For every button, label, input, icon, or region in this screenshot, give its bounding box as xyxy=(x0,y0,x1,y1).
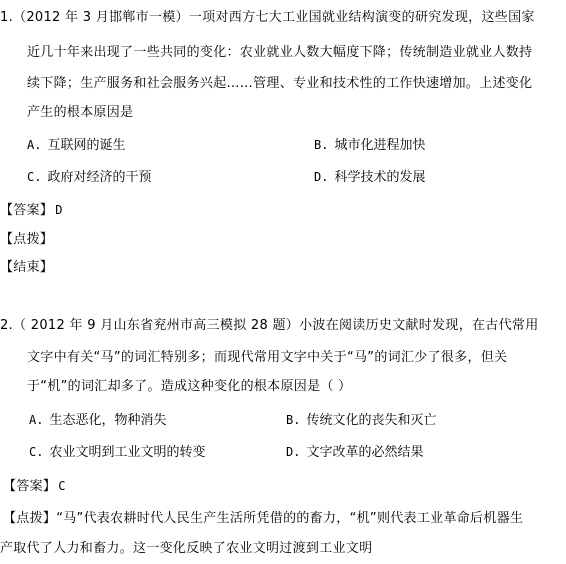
question-1-end-marker: 【结束】 xyxy=(0,260,53,276)
question-2-option-c: C.农业文明到工业文明的转变 xyxy=(29,444,205,460)
question-1-option-d: D.科学技术的发展 xyxy=(314,169,425,185)
question-2-option-d: D.文字改革的必然结果 xyxy=(286,444,423,460)
question-2-stem-line-2: 文字中有关“马”的词汇特别多；而现代常用文字中关于“马”的词汇少了很多，但关 xyxy=(27,350,507,366)
question-1-option-c: C.政府对经济的干预 xyxy=(27,169,151,185)
question-1-number: 1. xyxy=(0,10,13,25)
question-2-stem-line-3: 于“机”的词汇却多了。造成这种变化的根本原因是（ ） xyxy=(27,379,351,395)
question-2-answer-value: C xyxy=(58,479,66,493)
question-1-explanation: 【点拨】 xyxy=(0,232,53,248)
question-2-option-a: A.生态恶化，物种消失 xyxy=(29,412,166,428)
question-2-explanation-line-1: 【点拨】“马”代表农耕时代人民生产生活所凭借的的畜力，“机”则代表工业革命后机器… xyxy=(3,511,523,527)
question-1-answer-value: D xyxy=(55,203,63,217)
question-2-explanation-line-2: 产取代了人力和畜力。这一变化反映了农业文明过渡到工业文明 xyxy=(0,541,372,557)
question-1-stem-line-4: 产生的根本原因是 xyxy=(27,105,133,121)
question-2-stem-line-1: 2.（ 2012 年 9 月山东省兖州市高三模拟 28 题）小波在阅读历史文献时… xyxy=(0,318,539,334)
question-2-answer: 【答案】C xyxy=(3,478,66,494)
question-2-option-b: B.传统文化的丧失和灭亡 xyxy=(286,412,436,428)
question-1-stem-line-3: 续下降；生产服务和社会服务兴起……管理、专业和技术性的工作快速增加。上述变化 xyxy=(27,76,532,92)
question-2-number: 2. xyxy=(0,318,13,333)
question-1-stem-line-2: 近几十年来出现了一些共同的变化：农业就业人数大幅度下降；传统制造业就业人数持 xyxy=(27,45,532,61)
question-1-stem-line-1: 1.（2012 年 3 月邯郸市一模）一项对西方七大工业国就业结构演变的研究发现… xyxy=(0,10,535,26)
question-1-option-a: A.互联网的诞生 xyxy=(27,137,125,153)
question-1-answer: 【答案】D xyxy=(0,202,63,218)
question-1-option-b: B.城市化进程加快 xyxy=(314,137,425,153)
